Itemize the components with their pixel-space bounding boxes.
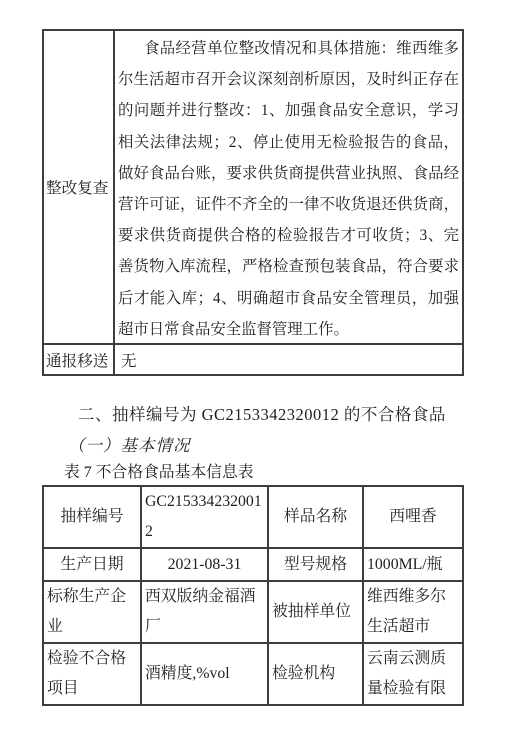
cell-failed-item-value: 酒精度,%vol <box>141 643 268 705</box>
cell-sampled-unit-label: 被抽样单位 <box>268 581 363 643</box>
cell-sampling-number-label: 抽样编号 <box>43 486 141 548</box>
cell-sample-name-label: 样品名称 <box>268 486 363 548</box>
cell-manufacturer-label: 标称生产企业 <box>43 581 141 643</box>
notification-label-cell: 通报移送 <box>43 344 114 375</box>
cell-model-spec-label: 型号规格 <box>268 548 363 581</box>
cell-production-date-label: 生产日期 <box>43 548 141 581</box>
cell-sampling-number-value: GC2153342320012 <box>141 486 268 548</box>
cell-model-spec-value: 1000ML/瓶 <box>363 548 463 581</box>
rectification-paragraph-clip: 食品经营单位整改情况和具体措施：维西维多尔生活超市召开会议深刻剖析原因，及时纠正… <box>118 33 459 343</box>
rectification-paragraph: 食品经营单位整改情况和具体措施：维西维多尔生活超市召开会议深刻剖析原因，及时纠正… <box>118 33 459 343</box>
section-heading: 二、抽样编号为 GC2153342320012 的不合格食品 <box>78 401 446 425</box>
rectification-content-cell: 食品经营单位整改情况和具体措施：维西维多尔生活超市召开会议深刻剖析原因，及时纠正… <box>114 30 463 344</box>
noncompliant-food-info-table: 抽样编号 GC2153342320012 样品名称 西哩香 生产日期 2021-… <box>42 485 464 706</box>
rectification-review-table: 整改复查 食品经营单位整改情况和具体措施：维西维多尔生活超市召开会议深刻剖析原因… <box>42 29 464 376</box>
cell-failed-item-label: 检验不合格项目 <box>43 643 141 705</box>
rectification-label-cell: 整改复查 <box>43 30 114 344</box>
cell-production-date-value: 2021-08-31 <box>141 548 268 581</box>
cell-sampled-unit-value: 维西维多尔生活超市 <box>363 581 463 643</box>
notification-content-cell: 无 <box>114 344 463 375</box>
cell-sample-name-value: 西哩香 <box>363 486 463 548</box>
table-caption: 表 7 不合格食品基本信息表 <box>64 459 254 482</box>
cell-inspection-agency-value: 云南云测质量检验有限 <box>363 643 463 705</box>
subsection-heading: （一）基本情况 <box>68 432 191 456</box>
cell-manufacturer-value: 西双版纳金福酒厂 <box>141 581 268 643</box>
cell-inspection-agency-label: 检验机构 <box>268 643 363 705</box>
